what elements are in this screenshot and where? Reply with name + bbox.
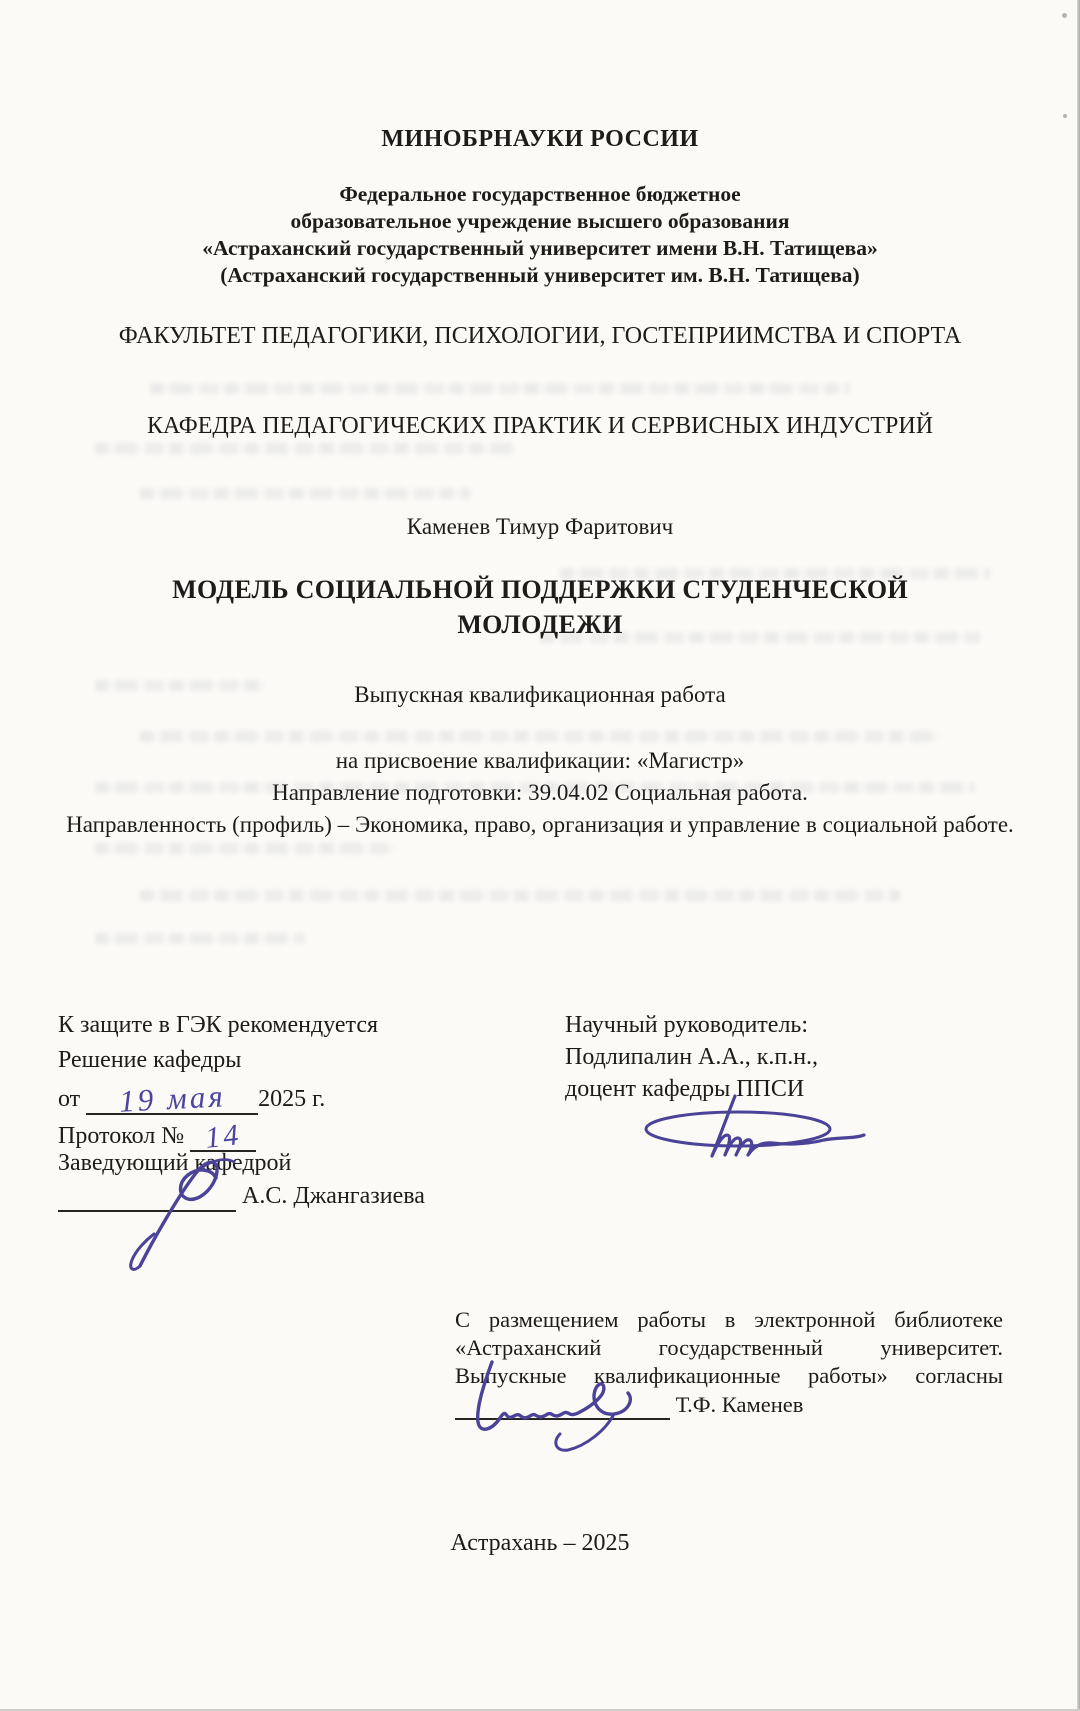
- supervisor-signature-ink: [638, 1092, 868, 1164]
- consent-line: С размещением работы в электронной библи…: [455, 1306, 1003, 1334]
- qualification-block: на присвоение квалификации: «Магистр» На…: [0, 745, 1080, 841]
- bleedthrough-line: [140, 488, 470, 499]
- institution-line: «Астраханский государственный университе…: [0, 235, 1080, 262]
- date-prefix: от: [58, 1086, 80, 1112]
- department-name: КАФЕДРА ПЕДАГОГИЧЕСКИХ ПРАКТИК И СЕРВИСН…: [0, 413, 1080, 440]
- ministry-heading: МИНОБРНАУКИ РОССИИ: [0, 126, 1080, 153]
- program-line: Направление подготовки: 39.04.02 Социаль…: [66, 777, 1014, 809]
- author-name: Каменев Тимур Фаритович: [0, 514, 1080, 540]
- institution-line: образовательное учреждение высшего образ…: [0, 208, 1080, 235]
- institution-line: Федеральное государственное бюджетное: [0, 181, 1080, 208]
- scan-speck: [1063, 114, 1067, 118]
- city-year: Астрахань – 2025: [0, 1530, 1080, 1557]
- head-signature-ink: [112, 1148, 282, 1273]
- bleedthrough-line: [95, 843, 395, 854]
- bleedthrough-line: [95, 443, 515, 454]
- profile-line: Направленность (профиль) – Экономика, пр…: [66, 809, 1014, 841]
- approval-decision: Решение кафедры: [58, 1047, 488, 1074]
- protocol-label: Протокол №: [58, 1123, 184, 1149]
- handwritten-date: 19 мая: [118, 1080, 226, 1117]
- bleedthrough-line: [95, 933, 305, 944]
- institution-block: Федеральное государственное бюджетное об…: [0, 181, 1080, 289]
- institution-line: (Астраханский государственный университе…: [0, 262, 1080, 289]
- date-blank-line: 19 мая: [86, 1080, 258, 1115]
- bleedthrough-line: [140, 890, 900, 901]
- work-type: Выпускная квалификационная работа: [0, 682, 1080, 708]
- thesis-title: МОДЕЛЬ СОЦИАЛЬНОЙ ПОДДЕРЖКИ СТУДЕНЧЕСКОЙ…: [0, 572, 1080, 642]
- scan-speck: [1062, 13, 1067, 18]
- bleedthrough-line: [140, 731, 940, 742]
- thesis-title-page: МИНОБРНАУКИ РОССИИ Федеральное государст…: [0, 0, 1080, 1711]
- consent-signer-name: Т.Ф. Каменев: [676, 1392, 804, 1417]
- bleedthrough-line: [150, 383, 850, 394]
- author-signature-ink: [462, 1356, 682, 1454]
- qualification-line: на присвоение квалификации: «Магистр»: [66, 745, 1014, 777]
- approval-recommendation: К защите в ГЭК рекомендуется: [58, 1012, 488, 1039]
- supervisor-name: Подлипалин А.А., к.п.н.,: [565, 1044, 995, 1071]
- faculty-name: ФАКУЛЬТЕТ ПЕДАГОГИКИ, ПСИХОЛОГИИ, ГОСТЕП…: [0, 318, 1080, 355]
- date-suffix: 2025 г.: [258, 1086, 325, 1112]
- approval-date-row: от 19 мая2025 г.: [58, 1080, 488, 1115]
- supervisor-label: Научный руководитель:: [565, 1012, 995, 1039]
